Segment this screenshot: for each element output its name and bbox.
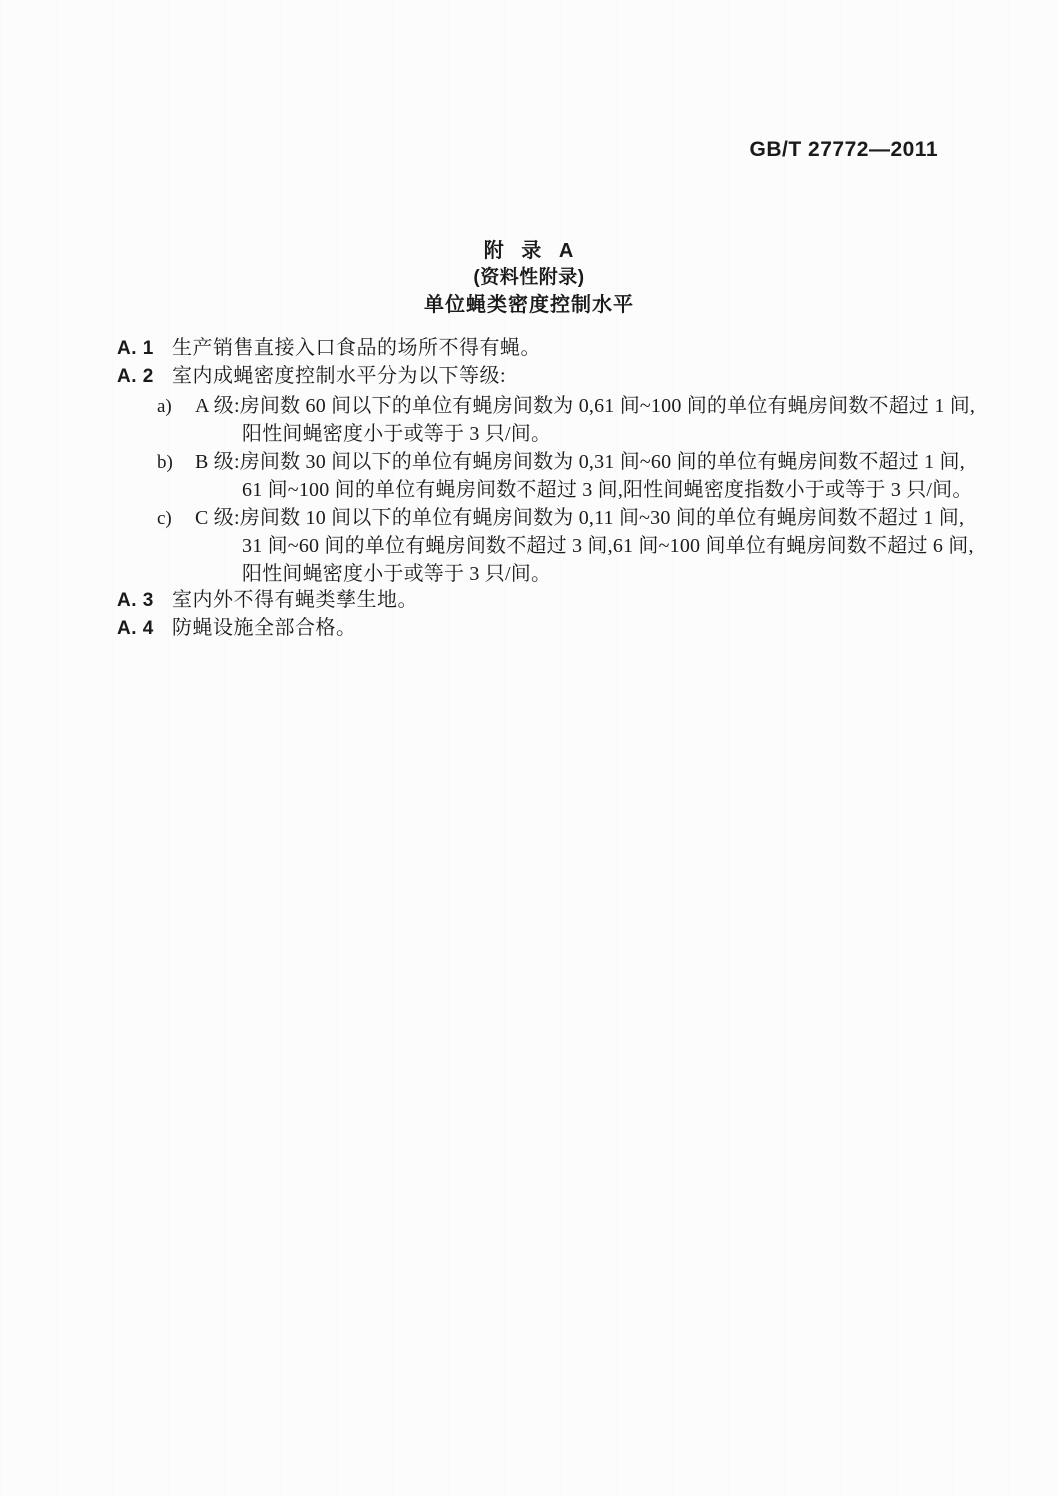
appendix-label: 附 录 A — [0, 234, 1058, 263]
clause-a4-text: 防蝇设施全部合格。 — [172, 617, 357, 639]
doc-number: GB/T 27772—2011 — [750, 138, 938, 162]
clause-a3-text: 室内外不得有蝇类孳生地。 — [172, 589, 418, 611]
clause-a1: A. 1生产销售直接入口食品的场所不得有蝇。 — [117, 336, 541, 361]
list-item-a-line-1: A 级:房间数 60 间以下的单位有蝇房间数为 0,61 间~100 间的单位有… — [195, 394, 975, 419]
list-marker-b: b) — [157, 450, 173, 475]
list-item-c-line-2: 31 间~60 间的单位有蝇房间数不超过 3 间,61 间~100 间单位有蝇房… — [242, 534, 974, 559]
list-item-b-line-1: B 级:房间数 30 间以下的单位有蝇房间数为 0,31 间~60 间的单位有蝇… — [195, 450, 965, 475]
appendix-title: 单位蝇类密度控制水平 — [0, 288, 1058, 317]
clause-a3-number: A. 3 — [117, 588, 172, 613]
clause-a4-number: A. 4 — [117, 616, 172, 641]
appendix-type-note: (资料性附录) — [0, 262, 1058, 289]
list-item-c-line-3: 阳性间蝇密度小于或等于 3 只/间。 — [242, 562, 551, 587]
clause-a1-number: A. 1 — [117, 336, 172, 361]
clause-a1-text: 生产销售直接入口食品的场所不得有蝇。 — [172, 337, 541, 359]
list-marker-c: c) — [157, 506, 172, 531]
clause-a3: A. 3室内外不得有蝇类孳生地。 — [117, 588, 418, 613]
list-item-a-line-2: 阳性间蝇密度小于或等于 3 只/间。 — [242, 422, 551, 447]
list-item-b-line-2: 61 间~100 间的单位有蝇房间数不超过 3 间,阳性间蝇密度指数小于或等于 … — [242, 478, 973, 503]
list-marker-a: a) — [157, 394, 172, 419]
clause-a2-text: 室内成蝇密度控制水平分为以下等级: — [172, 365, 506, 387]
clause-a2-number: A. 2 — [117, 364, 172, 389]
clause-a4: A. 4防蝇设施全部合格。 — [117, 616, 357, 641]
list-item-c-line-1: C 级:房间数 10 间以下的单位有蝇房间数为 0,11 间~30 间的单位有蝇… — [195, 506, 964, 531]
scanned-standard-page: GB/T 27772—2011 附 录 A (资料性附录) 单位蝇类密度控制水平… — [0, 0, 1058, 1496]
clause-a2: A. 2室内成蝇密度控制水平分为以下等级: — [117, 364, 506, 389]
